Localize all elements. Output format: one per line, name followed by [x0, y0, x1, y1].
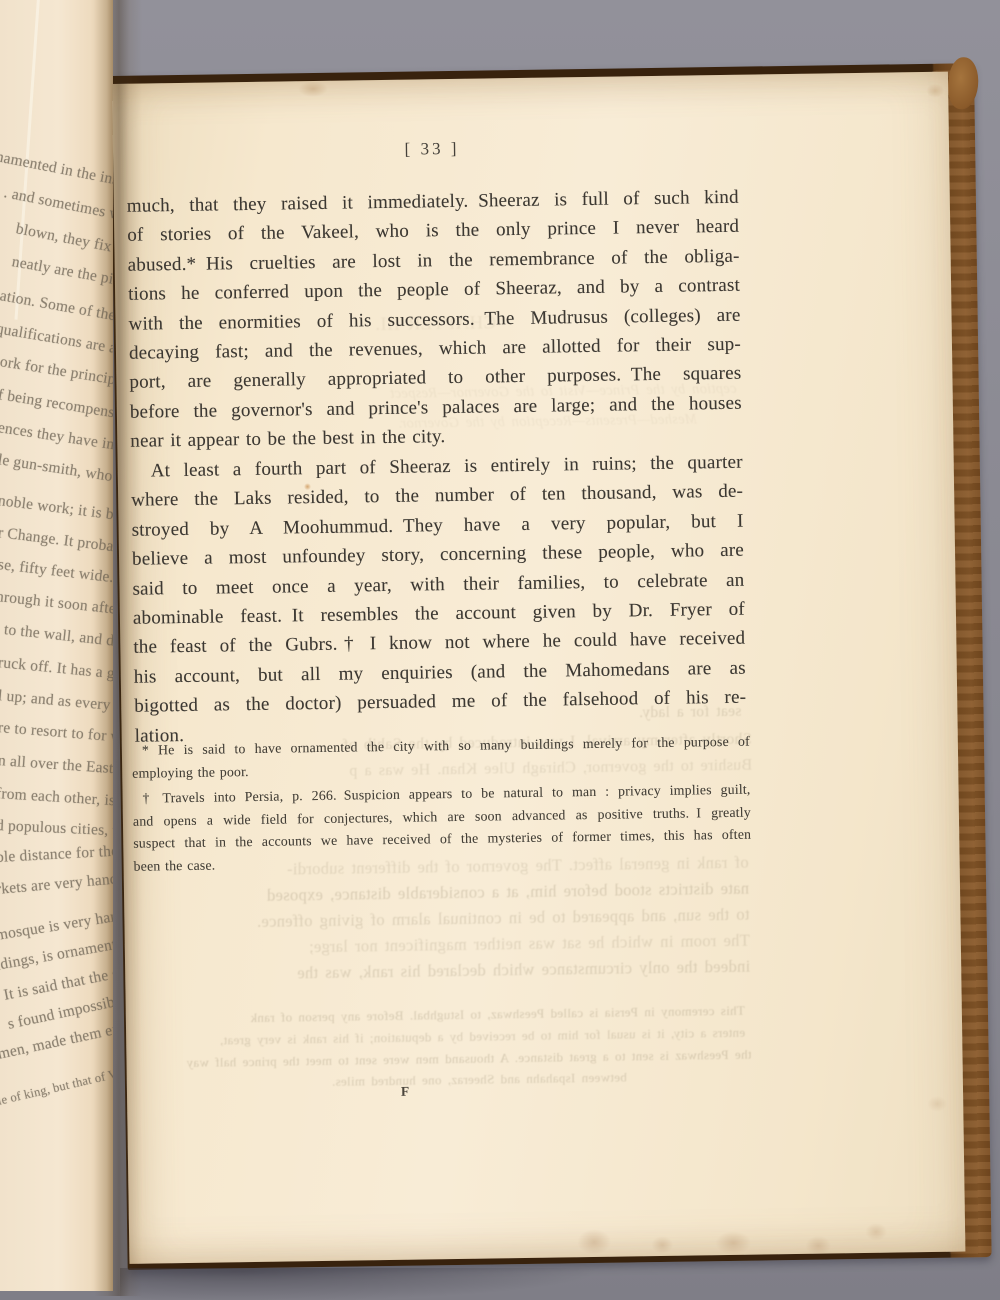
left-page-text-fragment: noble work; it is built	[0, 492, 113, 527]
stain	[651, 1236, 673, 1254]
left-page-text-fragment: le of king, but that of Vakeel, whi	[0, 1055, 113, 1109]
footnote: † Travels into Persia, p. 266. Suspicion…	[132, 779, 751, 879]
paragraph: much, that they raised it immediately. S…	[127, 183, 743, 457]
left-page-text-fragment: to the wall, and detect	[3, 621, 113, 654]
stain	[805, 1235, 831, 1255]
stain	[927, 1096, 947, 1112]
left-page-text-fragment: n all over the East), of	[0, 752, 113, 780]
left-page-text-fragment: re to resort to for what y	[0, 719, 113, 749]
ghost-text-line: This ceremony in Persia is called Peeshw…	[139, 1003, 745, 1028]
ghost-text-line: nate districts stood before him, at a co…	[137, 879, 749, 908]
left-page: namented in the insid. and sometimes wit…	[0, 0, 113, 1291]
book-photo: namented in the insid. and sometimes wit…	[0, 0, 1000, 1300]
left-page-text-fragment: ation. Some of the ar	[0, 287, 113, 328]
stain	[926, 84, 944, 98]
left-page-text-fragment: se, fifty feet wide. They	[0, 556, 113, 591]
paragraph: At least a fourth part of Sheeraz is ent…	[131, 448, 747, 751]
stain	[865, 1223, 887, 1241]
signature-mark: F	[401, 1084, 409, 1100]
stain	[577, 1229, 611, 1256]
page-number: [ 33 ]	[126, 135, 738, 164]
stain	[715, 1231, 751, 1256]
left-page-text-fragment: l up; and as every trad	[0, 687, 113, 717]
ghost-text-line: between Ispahahn and Sheeraz, one hundre…	[197, 1069, 627, 1091]
left-page-text-fragment: rkets are very handsome,	[0, 867, 113, 899]
left-page-text-fragment: d populous cities, where	[0, 817, 113, 842]
left-page-text-fragment: ble distance for the mos	[0, 841, 113, 867]
left-page-text-fragment: hrough it soon after the w	[0, 588, 113, 623]
ghost-text-line: indeed the only circumstance which decla…	[138, 957, 750, 986]
footnote: * He is said to have ornamented the city…	[132, 731, 751, 785]
stain	[298, 81, 328, 97]
left-page-text-fragment: neatly are the pieces	[10, 253, 113, 293]
ghost-text-line: The room in which he sat was neither mag…	[138, 931, 750, 960]
left-page-text-fragment: le gun-smith, who mak	[0, 451, 113, 491]
ghost-text-line: to the sun, and appeared to be in contin…	[137, 905, 749, 934]
ghost-text-line: the Peeshwaz is sent to a great distance…	[139, 1047, 751, 1072]
page-bottom-shadow	[120, 1268, 600, 1300]
left-page-text-fragment: f being recompensed f	[0, 386, 113, 426]
left-page-text-fragment: r Change. It probably	[0, 524, 113, 559]
right-page: CHAPTER III.ception by the Prince—Visit …	[112, 72, 965, 1264]
left-page-text-fragment: ruck off. It has a grand	[0, 654, 113, 686]
left-page-text-fragment: from each other, is atte	[0, 785, 113, 812]
ghost-text-line: enters a city, it is usual for him to be…	[139, 1025, 745, 1050]
